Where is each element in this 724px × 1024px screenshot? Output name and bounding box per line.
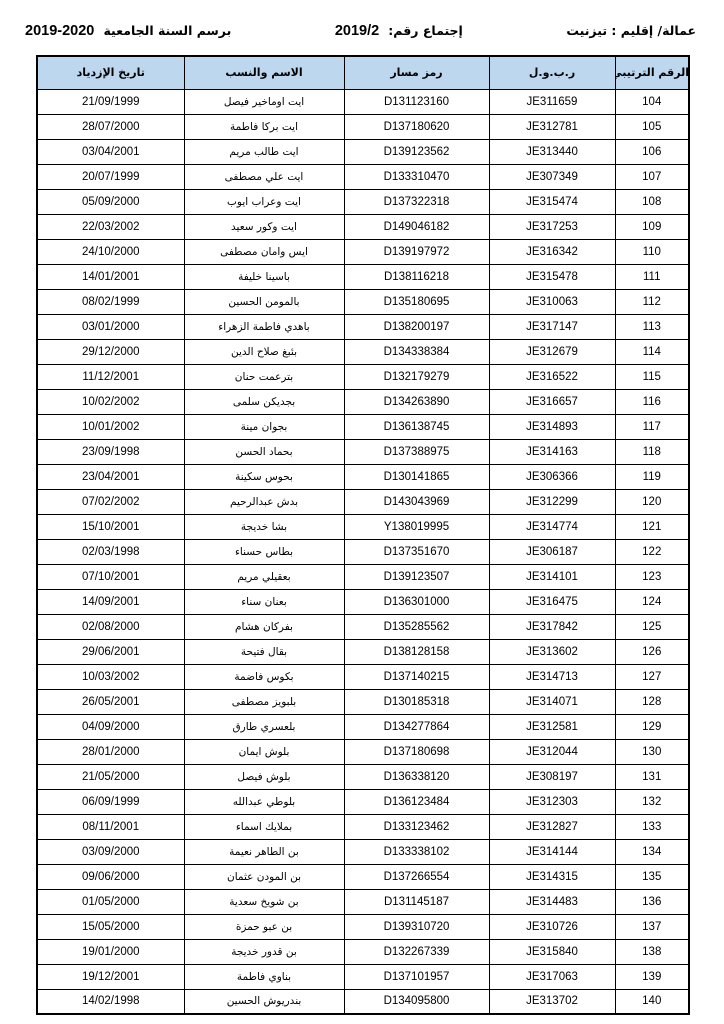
- cell-name: بقال فتيحة: [184, 639, 344, 664]
- cell-massar-code: D136123484: [344, 789, 489, 814]
- cell-rank: 112: [615, 289, 689, 314]
- cell-rank: 138: [615, 939, 689, 964]
- table-row: 114 JE312679 D134338384 بئبغ صلاح الدين …: [37, 339, 689, 364]
- column-header-birthdate: تاريخ الإزدياد: [37, 56, 184, 89]
- cell-cnie: JE312299: [489, 489, 615, 514]
- table-row: 104 JE311659 D131123160 ايت اوماخير فيصل…: [37, 89, 689, 114]
- cell-cnie: JE315474: [489, 189, 615, 214]
- cell-cnie: JE315840: [489, 939, 615, 964]
- table-row: 138 JE315840 D132267339 بن قدور خديجة 19…: [37, 939, 689, 964]
- cell-name: ايس وامان مصطفى: [184, 239, 344, 264]
- cell-birthdate: 21/05/2000: [37, 764, 184, 789]
- students-table: الرقم الترتيبي ر.ب.و.ل رمز مسار الاسم وا…: [36, 55, 690, 1015]
- cell-cnie: JE317063: [489, 964, 615, 989]
- cell-massar-code: D136338120: [344, 764, 489, 789]
- cell-rank: 134: [615, 839, 689, 864]
- table-row: 125 JE317842 D135285562 بفركان هشام 02/0…: [37, 614, 689, 639]
- cell-birthdate: 08/02/1999: [37, 289, 184, 314]
- cell-name: بندريوش الحسين: [184, 989, 344, 1014]
- cell-cnie: JE314163: [489, 439, 615, 464]
- cell-rank: 129: [615, 714, 689, 739]
- cell-birthdate: 23/09/1998: [37, 439, 184, 464]
- cell-rank: 114: [615, 339, 689, 364]
- cell-name: بن عبو حمزة: [184, 914, 344, 939]
- cell-cnie: JE312303: [489, 789, 615, 814]
- cell-massar-code: D135180695: [344, 289, 489, 314]
- cell-rank: 109: [615, 214, 689, 239]
- cell-rank: 106: [615, 139, 689, 164]
- table-row: 129 JE312581 D134277864 بلعسري طارق 04/0…: [37, 714, 689, 739]
- cell-cnie: JE317253: [489, 214, 615, 239]
- cell-cnie: JE313440: [489, 139, 615, 164]
- table-row: 110 JE316342 D139197972 ايس وامان مصطفى …: [37, 239, 689, 264]
- cell-name: بلبويز مصطفى: [184, 689, 344, 714]
- cell-birthdate: 26/05/2001: [37, 689, 184, 714]
- cell-massar-code: D137180698: [344, 739, 489, 764]
- cell-name: بئبغ صلاح الدين: [184, 339, 344, 364]
- cell-birthdate: 22/03/2002: [37, 214, 184, 239]
- column-header-name: الاسم والنسب: [184, 56, 344, 89]
- cell-name: بناوي فاطمة: [184, 964, 344, 989]
- cell-cnie: JE314071: [489, 689, 615, 714]
- cell-birthdate: 19/12/2001: [37, 964, 184, 989]
- cell-birthdate: 23/04/2001: [37, 464, 184, 489]
- cell-massar-code: D137140215: [344, 664, 489, 689]
- cell-cnie: JE317147: [489, 314, 615, 339]
- cell-rank: 124: [615, 589, 689, 614]
- academic-year-value: 2020-2019: [25, 23, 94, 39]
- cell-rank: 132: [615, 789, 689, 814]
- cell-birthdate: 03/09/2000: [37, 839, 184, 864]
- cell-cnie: JE315478: [489, 264, 615, 289]
- cell-birthdate: 24/10/2000: [37, 239, 184, 264]
- cell-cnie: JE317842: [489, 614, 615, 639]
- table-row: 118 JE314163 D137388975 بحماد الحسن 23/0…: [37, 439, 689, 464]
- cell-massar-code: D136138745: [344, 414, 489, 439]
- cell-birthdate: 10/03/2002: [37, 664, 184, 689]
- cell-name: بطاس حسناء: [184, 539, 344, 564]
- cell-birthdate: 06/09/1999: [37, 789, 184, 814]
- cell-name: بلعسري طارق: [184, 714, 344, 739]
- table-row: 113 JE317147 D138200197 باهدي فاطمة الزه…: [37, 314, 689, 339]
- cell-birthdate: 15/10/2001: [37, 514, 184, 539]
- cell-cnie: JE312781: [489, 114, 615, 139]
- cell-rank: 128: [615, 689, 689, 714]
- academic-year: برسم السنة الجامعية 2020-2019: [25, 20, 231, 39]
- column-header-cnie: ر.ب.و.ل: [489, 56, 615, 89]
- cell-birthdate: 04/09/2000: [37, 714, 184, 739]
- cell-birthdate: 08/11/2001: [37, 814, 184, 839]
- table-row: 121 JE314774 Y138019995 بشا خديجة 15/10/…: [37, 514, 689, 539]
- cell-rank: 117: [615, 414, 689, 439]
- cell-rank: 110: [615, 239, 689, 264]
- cell-cnie: JE306187: [489, 539, 615, 564]
- cell-birthdate: 29/12/2000: [37, 339, 184, 364]
- cell-rank: 133: [615, 814, 689, 839]
- cell-name: ايت بركا فاطمة: [184, 114, 344, 139]
- cell-cnie: JE314713: [489, 664, 615, 689]
- cell-birthdate: 10/02/2002: [37, 389, 184, 414]
- cell-name: بترعمت حنان: [184, 364, 344, 389]
- cell-name: بلوطي عبدالله: [184, 789, 344, 814]
- table-row: 106 JE313440 D139123562 ايت طالب مريم 03…: [37, 139, 689, 164]
- table-row: 108 JE315474 D137322318 ايت وعراب ايوب 0…: [37, 189, 689, 214]
- cell-massar-code: D137388975: [344, 439, 489, 464]
- table-row: 136 JE314483 D131145187 بن شويخ سعدية 01…: [37, 889, 689, 914]
- cell-massar-code: D139123562: [344, 139, 489, 164]
- cell-massar-code: D135285562: [344, 614, 489, 639]
- cell-name: ايت طالب مريم: [184, 139, 344, 164]
- cell-cnie: JE310063: [489, 289, 615, 314]
- cell-rank: 111: [615, 264, 689, 289]
- cell-massar-code: Y138019995: [344, 514, 489, 539]
- cell-birthdate: 19/01/2000: [37, 939, 184, 964]
- cell-name: بحوس سكينة: [184, 464, 344, 489]
- cell-rank: 113: [615, 314, 689, 339]
- cell-name: بعنان سناء: [184, 589, 344, 614]
- cell-birthdate: 09/06/2000: [37, 864, 184, 889]
- cell-birthdate: 28/07/2000: [37, 114, 184, 139]
- cell-massar-code: D134338384: [344, 339, 489, 364]
- province-label: عمالة/ إقليم : تيزنيت: [566, 23, 696, 38]
- cell-massar-code: D133123462: [344, 814, 489, 839]
- cell-rank: 137: [615, 914, 689, 939]
- cell-rank: 115: [615, 364, 689, 389]
- cell-birthdate: 14/01/2001: [37, 264, 184, 289]
- table-row: 123 JE314101 D139123507 بعقيلي مريم 07/1…: [37, 564, 689, 589]
- table-row: 130 JE312044 D137180698 بلوش ايمان 28/01…: [37, 739, 689, 764]
- cell-rank: 122: [615, 539, 689, 564]
- cell-name: بن شويخ سعدية: [184, 889, 344, 914]
- cell-rank: 135: [615, 864, 689, 889]
- cell-cnie: JE314483: [489, 889, 615, 914]
- cell-rank: 120: [615, 489, 689, 514]
- cell-massar-code: D131123160: [344, 89, 489, 114]
- cell-name: بفركان هشام: [184, 614, 344, 639]
- cell-name: باهدي فاطمة الزهراء: [184, 314, 344, 339]
- table-row: 105 JE312781 D137180620 ايت بركا فاطمة 2…: [37, 114, 689, 139]
- cell-birthdate: 21/09/1999: [37, 89, 184, 114]
- cell-massar-code: D134263890: [344, 389, 489, 414]
- table-row: 124 JE316475 D136301000 بعنان سناء 14/09…: [37, 589, 689, 614]
- cell-name: باسينا خليفة: [184, 264, 344, 289]
- cell-birthdate: 15/05/2000: [37, 914, 184, 939]
- cell-birthdate: 02/08/2000: [37, 614, 184, 639]
- table-row: 122 JE306187 D137351670 بطاس حسناء 02/03…: [37, 539, 689, 564]
- cell-name: بملايك اسماء: [184, 814, 344, 839]
- table-row: 140 JE313702 D134095800 بندريوش الحسين 1…: [37, 989, 689, 1014]
- cell-cnie: JE312044: [489, 739, 615, 764]
- cell-massar-code: D137180620: [344, 114, 489, 139]
- cell-massar-code: D138116218: [344, 264, 489, 289]
- cell-cnie: JE314315: [489, 864, 615, 889]
- cell-cnie: JE314101: [489, 564, 615, 589]
- table-row: 107 JE307349 D133310470 ايت علي مصطفى 20…: [37, 164, 689, 189]
- cell-massar-code: D134277864: [344, 714, 489, 739]
- table-row: 115 JE316522 D132179279 بترعمت حنان 11/1…: [37, 364, 689, 389]
- cell-rank: 104: [615, 89, 689, 114]
- cell-rank: 119: [615, 464, 689, 489]
- cell-birthdate: 02/03/1998: [37, 539, 184, 564]
- cell-massar-code: D137351670: [344, 539, 489, 564]
- cell-rank: 140: [615, 989, 689, 1014]
- cell-rank: 139: [615, 964, 689, 989]
- cell-massar-code: D138128158: [344, 639, 489, 664]
- cell-cnie: JE306366: [489, 464, 615, 489]
- cell-massar-code: D143043969: [344, 489, 489, 514]
- cell-massar-code: D130185318: [344, 689, 489, 714]
- cell-name: ايت وكور سعيد: [184, 214, 344, 239]
- table-row: 133 JE312827 D133123462 بملايك اسماء 08/…: [37, 814, 689, 839]
- table-row: 131 JE308197 D136338120 بلوش فيصل 21/05/…: [37, 764, 689, 789]
- cell-cnie: JE316342: [489, 239, 615, 264]
- cell-rank: 125: [615, 614, 689, 639]
- page-header: عمالة/ إقليم : تيزنيت إجتماع رقم: 2019/2…: [25, 20, 696, 39]
- cell-name: بن المودن عثمان: [184, 864, 344, 889]
- cell-rank: 123: [615, 564, 689, 589]
- cell-name: ايت اوماخير فيصل: [184, 89, 344, 114]
- header-row: الرقم الترتيبي ر.ب.و.ل رمز مسار الاسم وا…: [37, 56, 689, 89]
- cell-birthdate: 10/01/2002: [37, 414, 184, 439]
- column-header-rank: الرقم الترتيبي: [615, 56, 689, 89]
- table-row: 127 JE314713 D137140215 بكوس فاضمة 10/03…: [37, 664, 689, 689]
- cell-massar-code: D137322318: [344, 189, 489, 214]
- cell-birthdate: 11/12/2001: [37, 364, 184, 389]
- cell-massar-code: D133310470: [344, 164, 489, 189]
- cell-rank: 130: [615, 739, 689, 764]
- cell-name: بلوش فيصل: [184, 764, 344, 789]
- table-row: 137 JE310726 D139310720 بن عبو حمزة 15/0…: [37, 914, 689, 939]
- cell-birthdate: 01/05/2000: [37, 889, 184, 914]
- cell-cnie: JE311659: [489, 89, 615, 114]
- cell-name: بن الطاهر نعيمة: [184, 839, 344, 864]
- cell-birthdate: 07/10/2001: [37, 564, 184, 589]
- table-row: 128 JE314071 D130185318 بلبويز مصطفى 26/…: [37, 689, 689, 714]
- cell-cnie: JE316657: [489, 389, 615, 414]
- cell-name: بكوس فاضمة: [184, 664, 344, 689]
- cell-birthdate: 29/06/2001: [37, 639, 184, 664]
- cell-cnie: JE307349: [489, 164, 615, 189]
- cell-rank: 131: [615, 764, 689, 789]
- table-body: 104 JE311659 D131123160 ايت اوماخير فيصل…: [37, 89, 689, 1014]
- cell-name: بعقيلي مريم: [184, 564, 344, 589]
- cell-rank: 105: [615, 114, 689, 139]
- table-row: 116 JE316657 D134263890 بجديكن سلمى 10/0…: [37, 389, 689, 414]
- cell-massar-code: D139197972: [344, 239, 489, 264]
- cell-cnie: JE316475: [489, 589, 615, 614]
- meeting-number-label: إجتماع رقم:: [388, 23, 463, 38]
- cell-massar-code: D139123507: [344, 564, 489, 589]
- cell-rank: 107: [615, 164, 689, 189]
- cell-cnie: JE313702: [489, 989, 615, 1014]
- cell-rank: 127: [615, 664, 689, 689]
- meeting-number-value: 2019/2: [335, 23, 379, 39]
- table-header: الرقم الترتيبي ر.ب.و.ل رمز مسار الاسم وا…: [37, 56, 689, 89]
- cell-birthdate: 03/04/2001: [37, 139, 184, 164]
- cell-birthdate: 28/01/2000: [37, 739, 184, 764]
- cell-rank: 121: [615, 514, 689, 539]
- cell-cnie: JE312581: [489, 714, 615, 739]
- cell-cnie: JE310726: [489, 914, 615, 939]
- cell-name: بدش عبدالرحيم: [184, 489, 344, 514]
- cell-name: بجوان مينة: [184, 414, 344, 439]
- cell-cnie: JE314774: [489, 514, 615, 539]
- cell-rank: 116: [615, 389, 689, 414]
- cell-rank: 108: [615, 189, 689, 214]
- academic-year-label: برسم السنة الجامعية: [103, 23, 231, 38]
- cell-birthdate: 05/09/2000: [37, 189, 184, 214]
- meeting-number: إجتماع رقم: 2019/2: [335, 20, 463, 39]
- cell-cnie: JE314144: [489, 839, 615, 864]
- cell-birthdate: 03/01/2000: [37, 314, 184, 339]
- table-row: 139 JE317063 D137101957 بناوي فاطمة 19/1…: [37, 964, 689, 989]
- cell-birthdate: 20/07/1999: [37, 164, 184, 189]
- cell-massar-code: D138200197: [344, 314, 489, 339]
- table-row: 134 JE314144 D133338102 بن الطاهر نعيمة …: [37, 839, 689, 864]
- cell-massar-code: D136301000: [344, 589, 489, 614]
- cell-massar-code: D131145187: [344, 889, 489, 914]
- cell-rank: 126: [615, 639, 689, 664]
- cell-name: بحماد الحسن: [184, 439, 344, 464]
- cell-rank: 118: [615, 439, 689, 464]
- cell-birthdate: 14/02/1998: [37, 989, 184, 1014]
- cell-cnie: JE313602: [489, 639, 615, 664]
- cell-cnie: JE308197: [489, 764, 615, 789]
- cell-name: ايت علي مصطفى: [184, 164, 344, 189]
- cell-birthdate: 07/02/2002: [37, 489, 184, 514]
- cell-massar-code: D133338102: [344, 839, 489, 864]
- cell-birthdate: 14/09/2001: [37, 589, 184, 614]
- cell-massar-code: D139310720: [344, 914, 489, 939]
- table-row: 135 JE314315 D137266554 بن المودن عثمان …: [37, 864, 689, 889]
- cell-cnie: JE314893: [489, 414, 615, 439]
- cell-name: ايت وعراب ايوب: [184, 189, 344, 214]
- table-row: 132 JE312303 D136123484 بلوطي عبدالله 06…: [37, 789, 689, 814]
- cell-name: بن قدور خديجة: [184, 939, 344, 964]
- table-row: 117 JE314893 D136138745 بجوان مينة 10/01…: [37, 414, 689, 439]
- cell-name: بجديكن سلمى: [184, 389, 344, 414]
- cell-massar-code: D137266554: [344, 864, 489, 889]
- cell-cnie: JE312827: [489, 814, 615, 839]
- cell-massar-code: D132179279: [344, 364, 489, 389]
- table-row: 109 JE317253 D149046182 ايت وكور سعيد 22…: [37, 214, 689, 239]
- cell-name: بلوش ايمان: [184, 739, 344, 764]
- cell-name: بالمومن الحسين: [184, 289, 344, 314]
- table-row: 126 JE313602 D138128158 بقال فتيحة 29/06…: [37, 639, 689, 664]
- table-row: 119 JE306366 D130141865 بحوس سكينة 23/04…: [37, 464, 689, 489]
- table-row: 112 JE310063 D135180695 بالمومن الحسين 0…: [37, 289, 689, 314]
- cell-cnie: JE316522: [489, 364, 615, 389]
- cell-massar-code: D137101957: [344, 964, 489, 989]
- cell-massar-code: D130141865: [344, 464, 489, 489]
- cell-name: بشا خديجة: [184, 514, 344, 539]
- cell-massar-code: D132267339: [344, 939, 489, 964]
- table-row: 120 JE312299 D143043969 بدش عبدالرحيم 07…: [37, 489, 689, 514]
- column-header-massar-code: رمز مسار: [344, 56, 489, 89]
- cell-rank: 136: [615, 889, 689, 914]
- cell-massar-code: D149046182: [344, 214, 489, 239]
- cell-massar-code: D134095800: [344, 989, 489, 1014]
- cell-cnie: JE312679: [489, 339, 615, 364]
- table-row: 111 JE315478 D138116218 باسينا خليفة 14/…: [37, 264, 689, 289]
